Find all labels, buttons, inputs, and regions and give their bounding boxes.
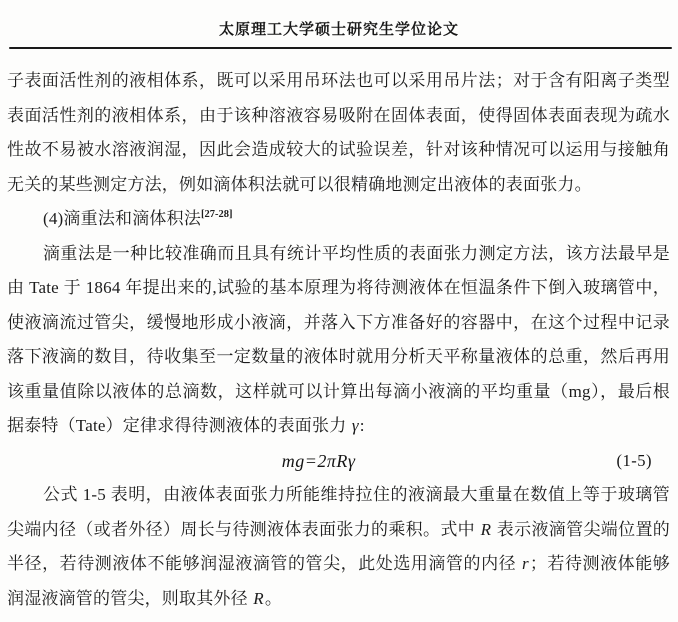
text-segment: 据泰特（Tate）定律求得待测液体的表面张力 [7,416,351,435]
text-segment: (4)滴重法和滴体积法 [43,209,201,228]
text-segment: 滴重法是一种比较准确而且具有统计平均性质的表面张力测定方法，该方法最早是 [43,244,670,263]
math-var: R [480,520,493,539]
text-line: 表面活性剂的液相体系，由于该种溶液容易吸附在固体表面，使得固体表面表现为疏水 [7,99,670,134]
text-segment: : [360,416,365,435]
header-rule [9,47,672,49]
math-var: R [252,589,265,608]
equation-number: (1-5) [617,444,652,479]
citation-ref: [27-28] [201,209,233,220]
text-segment: 公式 1-5 表明，由液体表面张力所能维持拉住的液滴最大重量在数值上等于玻璃管 [43,485,670,504]
text-segment: 半径，若待测液体不能够润湿液滴管的管尖，此处选用滴管的内径 [7,554,521,573]
text-segment: 性故不易被水溶液润湿，因此会造成较大的试验误差，针对该种情况可以运用与接触角 [7,140,670,159]
equation-formula: mg=2πRγ [282,444,356,479]
text-line: 性故不易被水溶液润湿，因此会造成较大的试验误差，针对该种情况可以运用与接触角 [7,133,670,168]
text-segment: ；若待测液体能够 [530,554,670,573]
text-line: 润湿液滴管的管尖，则取其外径 R。 [7,582,670,617]
text-line: 半径，若待测液体不能够润湿液滴管的管尖，此处选用滴管的内径 r；若待测液体能够 [7,547,670,582]
text-segment: 。 [265,589,282,608]
text-segment: 尖端内径（或者外径）周长与待测液体表面张力的乘积。式中 [7,520,480,539]
text-segment: 润湿液滴管的管尖，则取其外径 [7,589,252,608]
text-line: 该重量值除以液体的总滴数，这样就可以计算出每滴小液滴的平均重量（mg），最后根 [7,375,670,410]
text-segment: 表面活性剂的液相体系，由于该种溶液容易吸附在固体表面，使得固体表面表现为疏水 [7,106,670,125]
text-line: 使液滴流过管尖，缓慢地形成小液滴，并落入下方准备好的容器中，在这个过程中记录 [7,306,670,341]
text-line: 公式 1-5 表明，由液体表面张力所能维持拉住的液滴最大重量在数值上等于玻璃管 [7,478,670,513]
text-line: 滴重法是一种比较准确而且具有统计平均性质的表面张力测定方法，该方法最早是 [7,237,670,272]
text-segment: 表示液滴管尖端位置的 [492,520,670,539]
text-line: 子表面活性剂的液相体系，既可以采用吊环法也可以采用吊片法；对于含有阳离子类型 [7,64,670,99]
text-line: 尖端内径（或者外径）周长与待测液体表面张力的乘积。式中 R 表示液滴管尖端位置的 [7,513,670,548]
text-segment: 子表面活性剂的液相体系，既可以采用吊环法也可以采用吊片法；对于含有阳离子类型 [7,71,670,90]
text-segment: 落下液滴的数目，待收集至一定数量的液体时就用分析天平称量液体的总重，然后再用 [7,347,670,366]
text-line: 无关的某些测定方法，例如滴体积法就可以很精确地测定出液体的表面张力。 [7,168,670,203]
text-segment: 使液滴流过管尖，缓慢地形成小液滴，并落入下方准备好的容器中，在这个过程中记录 [7,313,670,332]
text-line: 由 Tate 于 1864 年提出来的,试验的基本原理为将待测液体在恒温条件下倒… [7,271,670,306]
text-segment: 该重量值除以液体的总滴数，这样就可以计算出每滴小液滴的平均重量（mg），最后根 [7,382,670,401]
text-line: (4)滴重法和滴体积法[27-28] [7,202,670,237]
page-header-title: 太原理工大学硕士研究生学位论文 [0,21,678,39]
text-segment: 无关的某些测定方法，例如滴体积法就可以很精确地测定出液体的表面张力。 [7,175,592,194]
text-line: 落下液滴的数目，待收集至一定数量的液体时就用分析天平称量液体的总重，然后再用 [7,340,670,375]
body-lines: 子表面活性剂的液相体系，既可以采用吊环法也可以采用吊片法；对于含有阳离子类型表面… [7,64,670,616]
math-var: γ [351,416,360,435]
thesis-page: 太原理工大学硕士研究生学位论文 子表面活性剂的液相体系，既可以采用吊环法也可以采… [0,0,678,622]
text-line: 据泰特（Tate）定律求得待测液体的表面张力 γ: [7,409,670,444]
math-var: r [521,554,530,573]
text-segment: 由 Tate 于 1864 年提出来的,试验的基本原理为将待测液体在恒温条件下倒… [7,278,670,297]
equation-line: mg=2πRγ(1-5) [7,444,670,479]
